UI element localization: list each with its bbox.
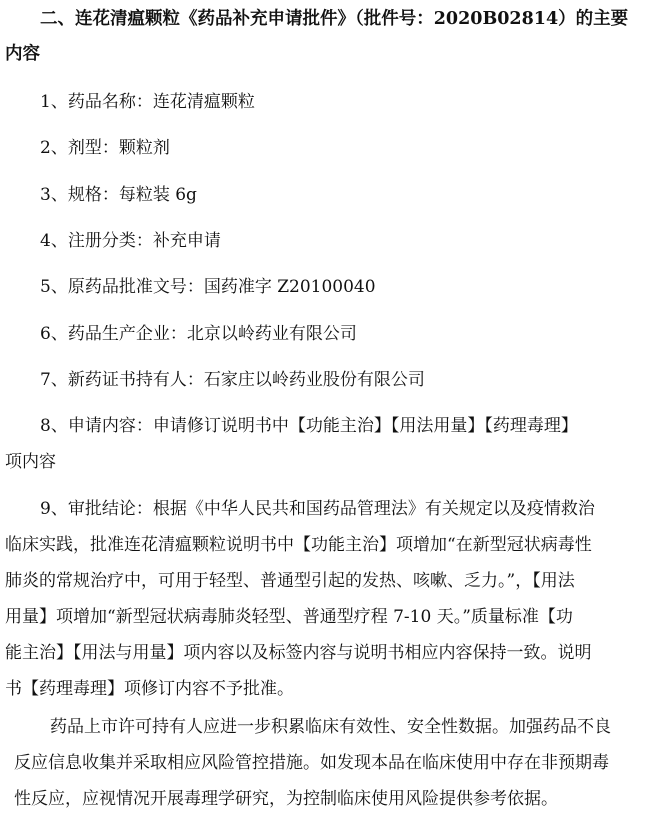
item-approval-conclusion-line-4: 用量】项增加“新型冠状病毒肺炎轻型、普通型疗程 7-10 天。”质量标准【功 xyxy=(5,607,573,627)
item-certificate-holder: 7、新药证书持有人：石家庄以岭药业股份有限公司 xyxy=(40,370,425,390)
item-specification: 3、规格：每粒装 6g xyxy=(40,185,197,205)
item-approval-number: 5、原药品批准文号：国药准字 Z20100040 xyxy=(40,277,376,297)
item-approval-conclusion-line-5: 能主治】【用法与用量】项内容以及标签内容与说明书相应内容保持一致。说明 xyxy=(5,643,592,663)
item-dosage-form: 2、剂型：颗粒剂 xyxy=(40,138,170,158)
item-approval-conclusion-line-6: 书【药理毒理】项修订内容不予批准。 xyxy=(5,679,294,699)
closing-paragraph-line-2: 反应信息收集并采取相应风险管控措施。如发现本品在临床使用中存在非预期毒 xyxy=(14,753,609,773)
item-drug-name: 1、药品名称：连花清瘟颗粒 xyxy=(40,92,255,112)
closing-paragraph-line-3: 性反应，应视情况开展毒理学研究，为控制临床使用风险提供参考依据。 xyxy=(14,789,558,809)
item-application-content-line-2: 项内容 xyxy=(5,452,56,472)
item-approval-conclusion-line-3: 肺炎的常规治疗中，可用于轻型、普通型引起的发热、咳嗽、乏力。”，【用法 xyxy=(5,571,575,591)
section-heading-line-2: 内容 xyxy=(5,44,40,64)
item-approval-conclusion-line-1: 9、审批结论：根据《中华人民共和国药品管理法》有关规定以及疫情救治 xyxy=(40,499,595,519)
closing-paragraph-line-1: 药品上市许可持有人应进一步积累临床有效性、安全性数据。加强药品不良 xyxy=(50,717,611,737)
item-approval-conclusion-line-2: 临床实践，批准连花清瘟颗粒说明书中【功能主治】项增加“在新型冠状病毒性 xyxy=(5,535,592,555)
item-registration-class: 4、注册分类：补充申请 xyxy=(40,231,221,251)
item-manufacturer: 6、药品生产企业：北京以岭药业有限公司 xyxy=(40,324,357,344)
item-application-content-line-1: 8、申请内容：申请修订说明书中【功能主治】【用法用量】【药理毒理】 xyxy=(40,416,578,436)
section-heading-line-1: 二、连花清瘟颗粒《药品补充申请批件》（批件号：2020B02814）的主要 xyxy=(40,9,628,29)
